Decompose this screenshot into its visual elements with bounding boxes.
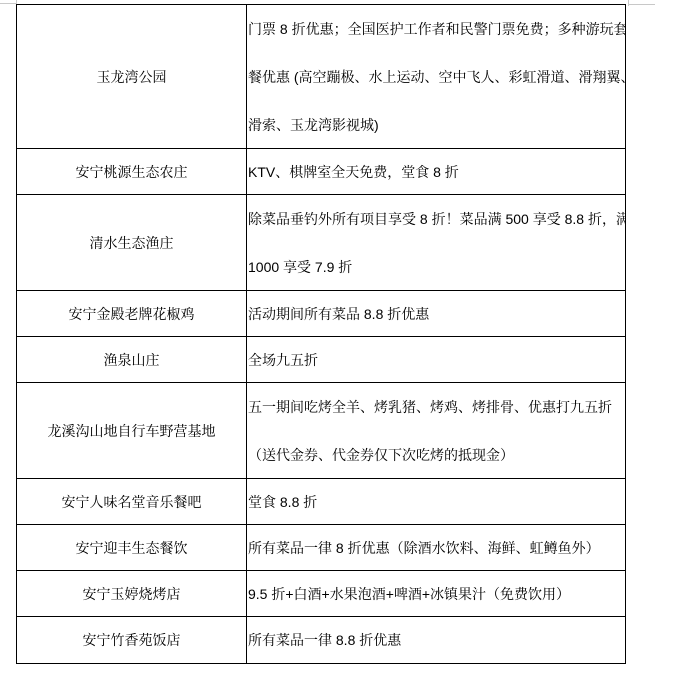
discount-offer-cell: 所有菜品一律 8 折优惠（除酒水饮料、海鲜、虹鳟鱼外） [247,525,625,570]
merchant-name: 玉龙湾公园 [97,67,167,87]
discount-offer-cell: 除菜品垂钓外所有项目享受 8 折！菜品满 500 享受 8.8 折，满 1000… [247,195,625,290]
discount-offer-cell: 门票 8 折优惠；全国医护工作者和民警门票免费；多种游玩套 餐优惠 (高空蹦极、… [247,5,625,148]
merchant-name-cell: 龙溪沟山地自行车野营基地 [17,383,247,478]
discount-offer-text: 活动期间所有菜品 8.8 折优惠 [248,291,429,336]
discount-offer-text: 门票 8 折优惠；全国医护工作者和民警门票免费；多种游玩套 餐优惠 (高空蹦极、… [248,5,625,148]
discount-offer-cell: 所有菜品一律 8.8 折优惠 [247,617,625,663]
merchant-name-cell: 安宁迎丰生态餐饮 [17,525,247,570]
merchant-name: 安宁玉婷烧烤店 [83,584,181,604]
gridline-artifact-top-right-vertical [628,0,629,6]
merchant-name-cell: 清水生态渔庄 [17,195,247,290]
merchant-name-cell: 安宁竹香苑饭店 [17,617,247,663]
discount-offer-text: 全场九五折 [248,337,318,382]
discount-offer-text: 除菜品垂钓外所有项目享受 8 折！菜品满 500 享受 8.8 折，满 1000… [248,195,625,290]
discount-offer-text: 五一期间吃烤全羊、烤乳猪、烤鸡、烤排骨、优惠打九五折 （送代金券、代金券仅下次吃… [248,383,612,478]
discount-offer-cell: 9.5 折+白酒+水果泡酒+啤酒+冰镇果汁（免费饮用） [247,571,625,616]
table-row: 安宁金殿老牌花椒鸡活动期间所有菜品 8.8 折优惠 [17,291,625,337]
discount-offer-cell: 活动期间所有菜品 8.8 折优惠 [247,291,625,336]
table-row: 清水生态渔庄除菜品垂钓外所有项目享受 8 折！菜品满 500 享受 8.8 折，… [17,195,625,291]
table-row: 玉龙湾公园门票 8 折优惠；全国医护工作者和民警门票免费；多种游玩套 餐优惠 (… [17,5,625,149]
merchant-name: 安宁桃源生态农庄 [76,162,188,182]
merchant-name-cell: 安宁玉婷烧烤店 [17,571,247,616]
merchant-name: 清水生态渔庄 [90,233,174,253]
table-row: 安宁玉婷烧烤店9.5 折+白酒+水果泡酒+啤酒+冰镇果汁（免费饮用） [17,571,625,617]
merchant-discount-table: 玉龙湾公园门票 8 折优惠；全国医护工作者和民警门票免费；多种游玩套 餐优惠 (… [16,4,626,664]
merchant-name: 安宁金殿老牌花椒鸡 [69,304,195,324]
discount-offer-text: 所有菜品一律 8 折优惠（除酒水饮料、海鲜、虹鳟鱼外） [248,525,600,570]
merchant-name: 安宁人味名堂音乐餐吧 [62,492,202,512]
discount-offer-cell: KTV、棋牌室全天免费，堂食 8 折 [247,149,625,194]
merchant-name-cell: 安宁桃源生态农庄 [17,149,247,194]
merchant-name: 渔泉山庄 [104,350,160,370]
discount-offer-cell: 全场九五折 [247,337,625,382]
merchant-name: 龙溪沟山地自行车野营基地 [48,421,216,441]
table-row: 渔泉山庄全场九五折 [17,337,625,383]
gridline-artifact-top-left-horizontal [0,3,16,4]
table-row: 安宁桃源生态农庄KTV、棋牌室全天免费，堂食 8 折 [17,149,625,195]
discount-offer-text: KTV、棋牌室全天免费，堂食 8 折 [248,149,459,194]
table-row: 安宁竹香苑饭店所有菜品一律 8.8 折优惠 [17,617,625,663]
table-row: 安宁人味名堂音乐餐吧堂食 8.8 折 [17,479,625,525]
discount-offer-cell: 堂食 8.8 折 [247,479,625,524]
merchant-name: 安宁竹香苑饭店 [83,630,181,650]
merchant-name-cell: 玉龙湾公园 [17,5,247,148]
merchant-name: 安宁迎丰生态餐饮 [76,538,188,558]
discount-offer-text: 所有菜品一律 8.8 折优惠 [248,617,401,663]
merchant-name-cell: 渔泉山庄 [17,337,247,382]
gridline-artifact-top-right-horizontal [628,4,655,5]
merchant-name-cell: 安宁人味名堂音乐餐吧 [17,479,247,524]
table-row: 龙溪沟山地自行车野营基地五一期间吃烤全羊、烤乳猪、烤鸡、烤排骨、优惠打九五折 （… [17,383,625,479]
merchant-name-cell: 安宁金殿老牌花椒鸡 [17,291,247,336]
discount-offer-text: 9.5 折+白酒+水果泡酒+啤酒+冰镇果汁（免费饮用） [248,571,570,616]
discount-offer-text: 堂食 8.8 折 [248,479,317,524]
table-row: 安宁迎丰生态餐饮所有菜品一律 8 折优惠（除酒水饮料、海鲜、虹鳟鱼外） [17,525,625,571]
discount-offer-cell: 五一期间吃烤全羊、烤乳猪、烤鸡、烤排骨、优惠打九五折 （送代金券、代金券仅下次吃… [247,383,625,478]
